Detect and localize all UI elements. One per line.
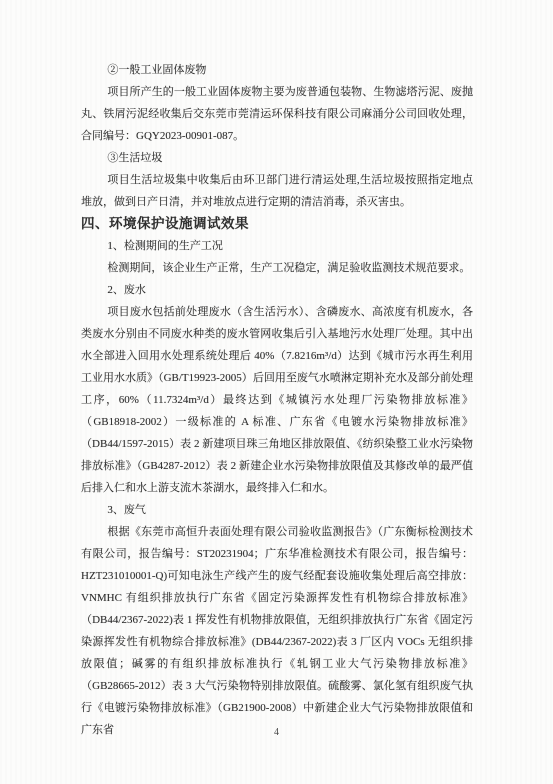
paragraph-waste-gas: 根据《东莞市高恒升表面处理有限公司验收监测报告》（广东衡标检测技术有限公司，报告… [81,521,473,741]
paragraph-production-status: 检测期间，该企业生产正常，生产工况稳定，满足验收监测技术规范要求。 [81,257,473,279]
item-heading-domestic-garbage: ③生活垃圾 [81,147,473,169]
item-heading-wastewater: 2、废水 [81,279,473,301]
document-body: ②一般工业固体废物 项目所产生的一般工业固体废物主要为废普通包装物、生物滤塔污泥… [81,59,473,741]
item-heading-general-solid-waste: ②一般工业固体废物 [81,59,473,81]
paragraph-domestic-garbage: 项目生活垃圾集中收集后由环卫部门进行清运处理,生活垃圾按照指定地点堆放，做到日产… [81,169,473,213]
document-page: ②一般工业固体废物 项目所产生的一般工业固体废物主要为废普通包装物、生物滤塔污泥… [0,0,553,784]
page-number: 4 [0,726,553,740]
section-heading-env-protection-effect: 四、环境保护设施调试效果 [81,213,473,235]
paragraph-general-solid-waste: 项目所产生的一般工业固体废物主要为废普通包装物、生物滤塔污泥、废抛丸、铁屑污泥经… [81,81,473,147]
paragraph-wastewater: 项目废水包括前处理废水（含生活污水）、含磷废水、高浓度有机废水，各类废水分别由不… [81,301,473,499]
item-heading-waste-gas: 3、废气 [81,499,473,521]
item-heading-production-status: 1、检测期间的生产工况 [81,235,473,257]
